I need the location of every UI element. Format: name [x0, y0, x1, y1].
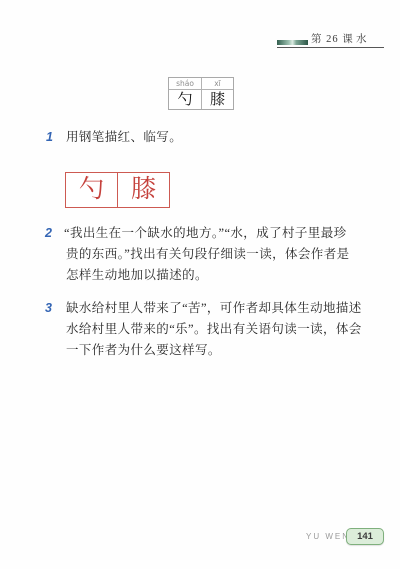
vocab-character-1: 勺 — [169, 89, 201, 109]
vocab-pinyin-2: xī — [201, 78, 233, 89]
page-number-badge: 141 — [346, 528, 384, 545]
exercise-2-number: 2 — [45, 226, 52, 241]
exercise-3-line-1: 缺水给村里人带来了“苦”，可作者却具体生动地描述 — [66, 301, 362, 316]
vocab-pinyin-box: sháo xī 勺 膝 — [168, 77, 234, 110]
tracing-practice-box: 勺 膝 — [65, 172, 170, 208]
tracing-character-2: 膝 — [131, 176, 156, 203]
exercise-1-line-1: 用钢笔描红、临写。 — [66, 130, 182, 145]
header-decoration-bar — [277, 40, 308, 45]
header-rule — [277, 47, 384, 48]
exercise-2-line-3: 怎样生动地加以描述的。 — [66, 268, 208, 283]
exercise-3-line-2: 水给村里人带来的“乐”。找出有关语句读一读，体会 — [66, 322, 362, 337]
vocab-pinyin-1: sháo — [169, 78, 201, 89]
footer-subject-label: YU WEN — [306, 531, 350, 542]
tracing-character-1: 勺 — [79, 176, 104, 203]
exercise-3-line-3: 一下作者为什么要这样写。 — [66, 343, 221, 358]
exercise-3-number: 3 — [45, 301, 52, 316]
exercise-1-number: 1 — [46, 130, 53, 145]
tracing-cell-2: 膝 — [117, 173, 169, 207]
header-book-title: 水 — [356, 34, 367, 46]
vocab-character-2: 膝 — [201, 89, 233, 109]
exercise-2-line-1: “我出生在一个缺水的地方。”“水，成了村子里最珍 — [64, 226, 347, 241]
header-lesson-label: 第 26 课 — [311, 34, 354, 46]
tracing-cell-1: 勺 — [66, 173, 117, 207]
exercise-2-line-2: 贵的东西。”找出有关句段仔细读一读，体会作者是 — [66, 247, 350, 262]
textbook-page: 第 26 课 水 sháo xī 勺 膝 1 用钢笔描红、临写。 勺 膝 2 “… — [0, 0, 400, 569]
